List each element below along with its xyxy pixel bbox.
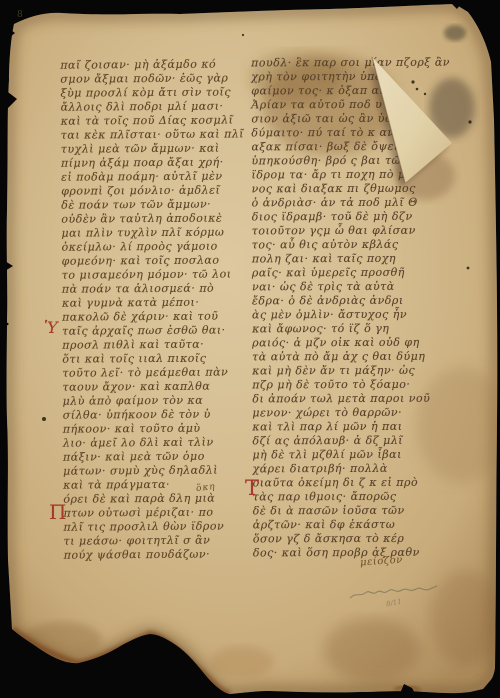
manuscript-photo: παῖ ζοισαν· μὴ ἀξάμδο κόσμον ἄξμαι ποδῶν… <box>0 0 500 698</box>
folded-corner-layer <box>0 0 500 698</box>
